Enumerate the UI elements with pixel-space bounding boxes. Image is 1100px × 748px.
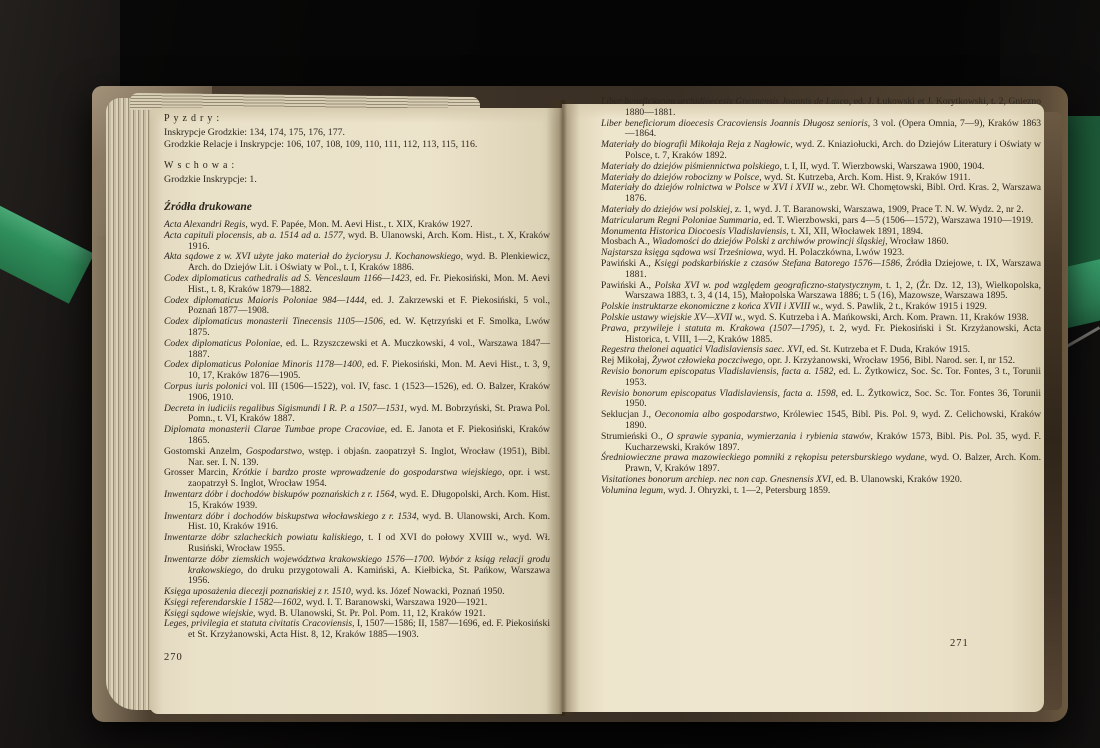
bibliography-entry: Acta capituli plocensis, ab a. 1514 ad a… — [164, 231, 550, 253]
index-line: Grodzkie Relacje i Inskrypcje: 106, 107,… — [164, 139, 550, 151]
index-lines: Grodzkie Inskrypcje: 1. — [164, 174, 550, 186]
bibliography-entry: Gostomski Anzelm, Gospodarstwo, wstęp. i… — [164, 447, 550, 469]
bibliography-entry: Volumina legum, wyd. J. Ohryzki, t. 1—2,… — [601, 486, 1041, 497]
bibliography-entry: Pawiński A., Księgi podskarbińskie z cza… — [601, 259, 1041, 281]
bibliography-entry: Inwentarz dóbr i dochodów biskupstwa wło… — [164, 512, 550, 534]
bibliography-entry: Akta sądowe z w. XVI użyte jako materiał… — [164, 252, 550, 274]
bibliography-entry: Liber beneficiorum archidioecesis Gnesne… — [601, 97, 1041, 119]
bibliography-entry: Inwentarz dóbr i dochodów biskupów pozna… — [164, 490, 550, 512]
bibliography-entry: Grosser Marcin, Krótkie i bardzo proste … — [164, 468, 550, 490]
book-gutter-shadow — [546, 100, 580, 716]
bibliography-entry: Prawa, przywileje i statuta m. Krakowa (… — [601, 324, 1041, 346]
bibliography-entry: Materiały do biografii Mikołaja Reja z N… — [601, 140, 1041, 162]
bibliography-entry: Inwentarze dóbr szlacheckich powiatu kal… — [164, 533, 550, 555]
bibliography-entry: Liber beneficiorum dioecesis Cracoviensi… — [601, 119, 1041, 141]
bibliography-entry: Materiały do dziejów rolnictwa w Polsce … — [601, 183, 1041, 205]
section-heading: Źródła drukowane — [164, 201, 550, 213]
left-entries: Acta Alexandri Regis, wyd. F. Papée, Mon… — [164, 220, 550, 641]
bibliography-entry: Codex diplomaticus monasterii Tinecensis… — [164, 317, 550, 339]
index-line: Grodzkie Inskrypcje: 1. — [164, 174, 550, 186]
photo-background-shadow — [120, 0, 1000, 100]
bibliography-entry: Decreta in iudiciis regalibus Sigismundi… — [164, 404, 550, 426]
bibliography-entry: Diplomata monasterii Clarae Tumbae prope… — [164, 425, 550, 447]
bibliography-entry: Revisio bonorum episcopatus Vladislavien… — [601, 389, 1041, 411]
index-lines: Inskrypcje Grodzkie: 134, 174, 175, 176,… — [164, 127, 550, 151]
left-page-number: 270 — [164, 652, 183, 663]
bibliography-entry: Średniowieczne prawa mazowieckiego pomni… — [601, 453, 1041, 475]
bibliography-entry: Strumieński O., O sprawie sypania, wymie… — [601, 432, 1041, 454]
bibliography-entry: Revisio bonorum episcopatus Vladislavien… — [601, 367, 1041, 389]
bibliography-entry: Seklucjan J., Oeconomia albo gospodarstw… — [601, 410, 1041, 432]
bibliography-entry: Inwentarze dóbr ziemskich województwa kr… — [164, 555, 550, 587]
index-town-heading: Wschowa: — [164, 160, 550, 171]
right-entries: Liber beneficiorum archidioecesis Gnesne… — [601, 97, 1041, 496]
bibliography-entry: Codex diplomaticus cathedralis ad S. Ven… — [164, 274, 550, 296]
bibliography-entry: Leges, privilegia et statuta civitatis C… — [164, 619, 550, 641]
index-town-heading: Pyzdry: — [164, 113, 550, 124]
bibliography-entry: Corpus iuris polonici vol. III (1506—152… — [164, 382, 550, 404]
bibliography-entry: Pawiński A., Polska XVI w. pod względem … — [601, 281, 1041, 303]
bibliography-entry: Codex diplomaticus Poloniae Minoris 1178… — [164, 360, 550, 382]
bibliography-entry: Codex diplomaticus Poloniae, ed. L. Rzys… — [164, 339, 550, 361]
left-page-text: Pyzdry:Inskrypcje Grodzkie: 134, 174, 17… — [164, 113, 550, 641]
page-edges-left — [106, 98, 152, 710]
index-section: Pyzdry:Inskrypcje Grodzkie: 134, 174, 17… — [164, 113, 550, 186]
right-page-number: 271 — [950, 638, 969, 649]
bibliography-entry: Codex diplomaticus Maioris Poloniae 984—… — [164, 296, 550, 318]
right-page-text: Liber beneficiorum archidioecesis Gnesne… — [601, 97, 1041, 496]
index-line: Inskrypcje Grodzkie: 134, 174, 175, 176,… — [164, 127, 550, 139]
